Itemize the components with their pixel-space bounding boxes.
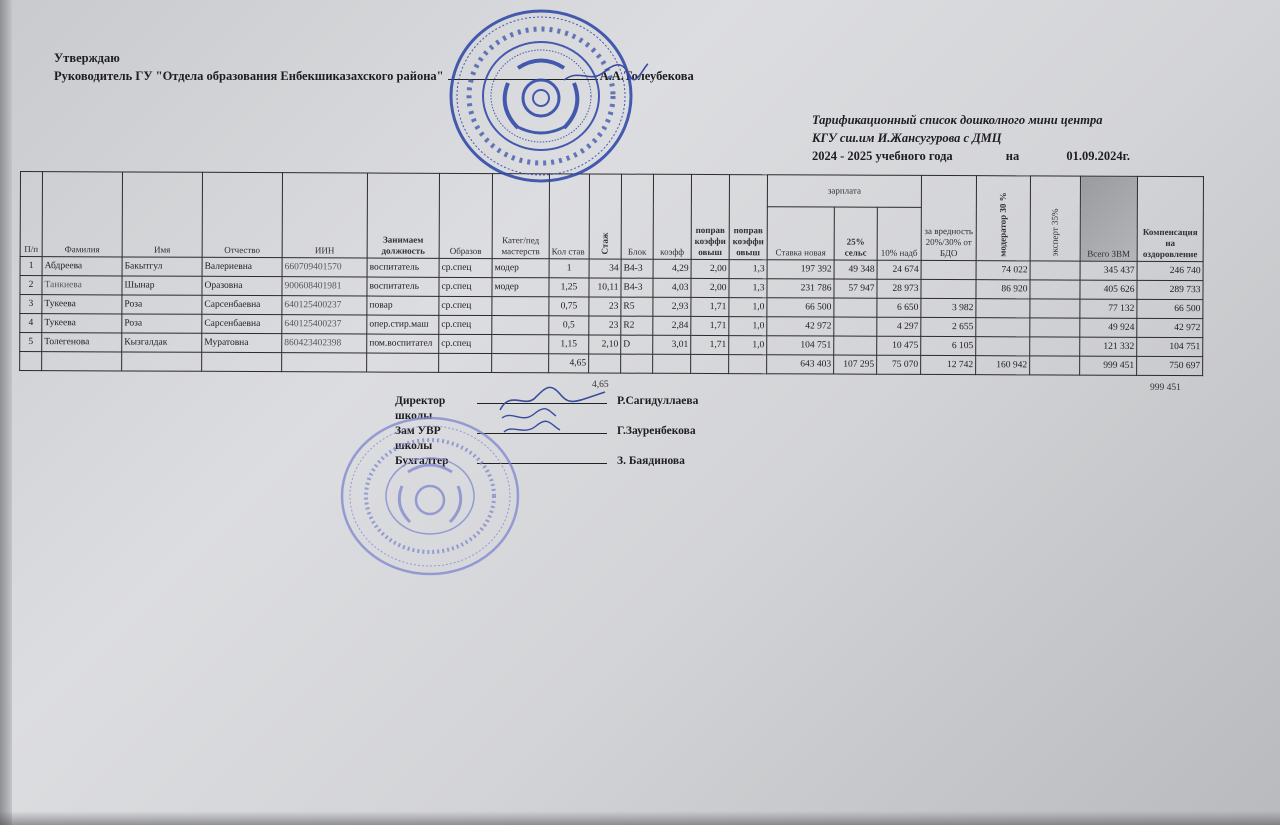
cell-hazard: 2 655 — [921, 317, 976, 336]
cell-block: D — [621, 335, 653, 354]
total-compensation: 750 697 — [1137, 356, 1203, 375]
cell-num: 2 — [20, 276, 42, 295]
cell-patronymic: Сарсенбаевна — [202, 314, 282, 333]
cell-position: повар — [367, 296, 439, 315]
signature-role: Директор школы — [395, 394, 477, 424]
header-name: Имя — [122, 172, 202, 257]
approval-block: Утверждаю Руководитель ГУ "Отдела образо… — [54, 49, 694, 85]
cell-adj2: 1,0 — [729, 317, 767, 336]
cell-total: 49 924 — [1080, 318, 1137, 337]
grand-total-below: 999 451 — [1150, 383, 1181, 393]
signature-row: Директор школы Р.Сагидуллаева — [395, 394, 698, 424]
header-position: Занимаем должность — [367, 173, 439, 258]
cell-experience: 23 — [589, 297, 621, 316]
cell-adj1: 1,71 — [691, 316, 729, 335]
cell-rates: 1,25 — [549, 278, 589, 297]
total-rates: 4,65 — [549, 354, 589, 373]
cell-name: Кызгалдак — [122, 333, 202, 352]
cell-compensation: 42 972 — [1137, 318, 1203, 337]
cell-block: В4-3 — [621, 278, 653, 297]
cell-name: Роза — [122, 314, 202, 333]
cell-adj2: 1,3 — [729, 279, 767, 298]
cell-hazard: 3 982 — [921, 298, 976, 317]
cell-education: ср.спец — [439, 315, 492, 334]
cell-moderator: 86 920 — [976, 280, 1030, 299]
signatures-block: Директор школы Р.Сагидуллаева Зам УВР шк… — [395, 394, 698, 469]
cell-num: 3 — [20, 295, 42, 314]
cell-patronymic: Сарсенбаевна — [202, 295, 282, 314]
cell-hazard — [921, 279, 976, 298]
cell-category: модер — [492, 278, 549, 297]
approval-signature-line — [448, 79, 598, 80]
header-salary-group: зарплата — [767, 175, 921, 208]
title-line-1: Тарификационный список дошколного мини ц… — [812, 111, 1130, 129]
totals-row: 4,65643 403107 29575 07012 742160 942999… — [20, 352, 1203, 376]
cell-rates: 1,15 — [549, 335, 589, 354]
signature-row: Зам УВР школы Г.Зауренбекова — [395, 424, 698, 454]
cell-iin: 640125400237 — [282, 296, 367, 315]
cell-moderator — [976, 318, 1030, 337]
cell-experience: 10,11 — [589, 278, 621, 297]
cell-total: 121 332 — [1080, 337, 1137, 356]
signature-name: Р.Сагидуллаева — [617, 394, 698, 409]
total-adj2 — [729, 355, 767, 374]
cell-hazard — [921, 260, 976, 279]
cell-coef: 2,84 — [653, 316, 691, 335]
header-expert: эксперт 35% — [1030, 176, 1080, 261]
cell-category — [492, 297, 549, 316]
cell-total: 345 437 — [1080, 261, 1137, 280]
cell-experience: 23 — [589, 316, 621, 335]
cell-expert — [1030, 337, 1080, 356]
total-total: 999 451 — [1080, 356, 1137, 375]
approval-position: Руководитель ГУ "Отдела образования Енбе… — [54, 67, 444, 85]
approval-signer: А.А.Толеубекова — [600, 67, 694, 85]
header-education: Образов — [439, 173, 492, 258]
total-patronymic — [202, 352, 282, 371]
cell-position: пом.воспитател — [367, 334, 439, 353]
tariff-table: П/п Фамилия Имя Отчество ИИН Занимаем до… — [19, 171, 1204, 376]
header-category: Катег/пед мастерств — [492, 174, 549, 259]
cell-education: ср.спец — [439, 296, 492, 315]
header-compensation: Компенсация на оздоровление — [1137, 176, 1203, 261]
cell-compensation: 104 751 — [1137, 337, 1203, 356]
total-surname — [42, 352, 122, 371]
total-name — [122, 352, 202, 371]
cell-rates: 0,5 — [549, 316, 589, 335]
cell-moderator — [976, 337, 1030, 356]
total-category — [492, 354, 549, 373]
total-moderator: 160 942 — [976, 356, 1030, 375]
cell-base-new: 104 751 — [767, 336, 834, 355]
cell-compensation: 66 500 — [1137, 299, 1203, 318]
total-num — [20, 352, 42, 371]
cell-education: ср.спец — [439, 334, 492, 353]
cell-block: В4-3 — [621, 259, 653, 278]
cell-patronymic: Валериевна — [202, 257, 282, 276]
title-date: 01.09.2024г. — [1066, 147, 1130, 165]
cell-rural25 — [834, 317, 877, 336]
cell-adj2: 1,0 — [729, 298, 767, 317]
cell-rural25 — [834, 336, 877, 355]
cell-moderator: 74 022 — [976, 261, 1030, 280]
total-adj1 — [691, 354, 729, 373]
signature-role: Бухгалтер — [395, 454, 477, 469]
cell-expert — [1030, 299, 1080, 318]
header-moderator: модератор 30 % — [976, 176, 1030, 261]
cell-category — [492, 335, 549, 354]
total-rural25: 107 295 — [834, 355, 877, 374]
cell-num: 1 — [20, 257, 42, 276]
cell-experience: 2,10 — [589, 335, 621, 354]
cell-education: ср.спец — [439, 258, 492, 277]
header-block: Блок — [621, 174, 653, 259]
header-surname: Фамилия — [42, 172, 122, 257]
cell-expert — [1030, 261, 1080, 280]
total-education — [439, 353, 492, 372]
cell-coef: 4,03 — [653, 278, 691, 297]
cell-bonus10: 28 973 — [877, 279, 921, 298]
total-coef — [653, 354, 691, 373]
cell-expert — [1030, 280, 1080, 299]
cell-num: 5 — [20, 333, 42, 352]
cell-bonus10: 24 674 — [877, 260, 921, 279]
cell-rural25 — [834, 298, 877, 317]
cell-surname: Тукеева — [42, 314, 122, 333]
paper-edge — [0, 0, 12, 825]
cell-base-new: 42 972 — [767, 317, 834, 336]
cell-bonus10: 10 475 — [877, 336, 921, 355]
cell-total: 77 132 — [1080, 299, 1137, 318]
cell-category — [492, 316, 549, 335]
header-bonus10: 10% надб — [877, 207, 921, 260]
signature-name: З. Баядинова — [617, 454, 685, 469]
cell-rural25: 49 348 — [834, 260, 877, 279]
cell-coef: 2,93 — [653, 297, 691, 316]
title-line-2: КГУ сш.им И.Жансугурова с ДМЦ — [812, 129, 1130, 147]
cell-patronymic: Муратовна — [202, 333, 282, 352]
total-hazard: 12 742 — [921, 355, 976, 374]
cell-category: модер — [492, 259, 549, 278]
header-hazard: за вредность 20%/30% от БДО — [921, 175, 976, 260]
cell-base-new: 66 500 — [767, 298, 834, 317]
header-total: Всего ЗВМ — [1080, 176, 1137, 261]
cell-num: 4 — [20, 314, 42, 333]
cell-base-new: 197 392 — [767, 260, 834, 279]
title-year: 2024 - 2025 учебного года — [812, 147, 953, 165]
cell-position: воспитатель — [367, 258, 439, 277]
signature-row: Бухгалтер З. Баядинова — [395, 454, 698, 469]
cell-position: воспитатель — [367, 277, 439, 296]
cell-bonus10: 6 650 — [877, 298, 921, 317]
total-experience — [589, 354, 621, 373]
cell-iin: 860423402398 — [282, 334, 367, 353]
cell-block: R5 — [621, 297, 653, 316]
cell-compensation: 289 733 — [1137, 280, 1203, 299]
cell-rates: 1 — [549, 259, 589, 278]
rates-total-below: 4,65 — [592, 380, 609, 390]
paper-shadow — [0, 811, 1280, 825]
header-adj2: поправ коэффи овыш — [729, 175, 767, 260]
cell-adj1: 1,71 — [691, 335, 729, 354]
header-rural25: 25% сельс — [834, 207, 877, 260]
cell-base-new: 231 786 — [767, 279, 834, 298]
cell-coef: 3,01 — [653, 335, 691, 354]
cell-position: опер.стир.маш — [367, 315, 439, 334]
cell-adj2: 1,0 — [729, 336, 767, 355]
cell-rates: 0,75 — [549, 297, 589, 316]
cell-iin: 900608401981 — [282, 277, 367, 296]
cell-name: Роза — [122, 295, 202, 314]
header-num: П/п — [20, 172, 42, 257]
cell-surname: Абдреева — [42, 257, 122, 276]
cell-rural25: 57 947 — [834, 279, 877, 298]
total-iin — [282, 353, 367, 372]
cell-adj1: 2,00 — [691, 259, 729, 278]
cell-surname: Тукеева — [42, 295, 122, 314]
total-expert — [1030, 356, 1080, 375]
signature-role: Зам УВР школы — [395, 424, 477, 454]
cell-surname: Толегенова — [42, 333, 122, 352]
total-bonus10: 75 070 — [877, 355, 921, 374]
cell-adj1: 1,71 — [691, 297, 729, 316]
cell-name: Шынар — [122, 276, 202, 295]
signature-name: Г.Зауренбекова — [617, 424, 696, 439]
header-experience: Стаж — [589, 174, 621, 259]
cell-patronymic: Оразовна — [202, 276, 282, 295]
header-adj1: поправ коэффи овыш — [691, 174, 729, 259]
cell-iin: 660709401570 — [282, 258, 367, 277]
cell-iin: 640125400237 — [282, 315, 367, 334]
header-coef: коэфф — [653, 174, 691, 259]
document-title: Тарификационный список дошколного мини ц… — [812, 111, 1130, 165]
cell-bonus10: 4 297 — [877, 317, 921, 336]
cell-adj2: 1,3 — [729, 260, 767, 279]
header-base-new: Ставка новая — [767, 207, 834, 260]
cell-experience: 34 — [589, 259, 621, 278]
cell-expert — [1030, 318, 1080, 337]
total-base-new: 643 403 — [767, 355, 834, 374]
header-patronymic: Отчество — [202, 172, 282, 257]
cell-coef: 4,29 — [653, 259, 691, 278]
approval-word: Утверждаю — [54, 49, 694, 67]
cell-moderator — [976, 299, 1030, 318]
total-block — [621, 354, 653, 373]
cell-compensation: 246 740 — [1137, 261, 1203, 280]
cell-total: 405 626 — [1080, 280, 1137, 299]
header-rates: Кол став — [549, 174, 589, 259]
cell-block: R2 — [621, 316, 653, 335]
cell-name: Бакытгул — [122, 257, 202, 276]
total-position — [367, 353, 439, 372]
official-stamp-icon — [448, 8, 634, 184]
cell-adj1: 2,00 — [691, 278, 729, 297]
cell-hazard: 6 105 — [921, 336, 976, 355]
cell-surname: Танкиева — [42, 276, 122, 295]
cell-education: ср.спец — [439, 277, 492, 296]
header-iin: ИИН — [282, 173, 367, 258]
title-on: на — [1006, 147, 1019, 165]
